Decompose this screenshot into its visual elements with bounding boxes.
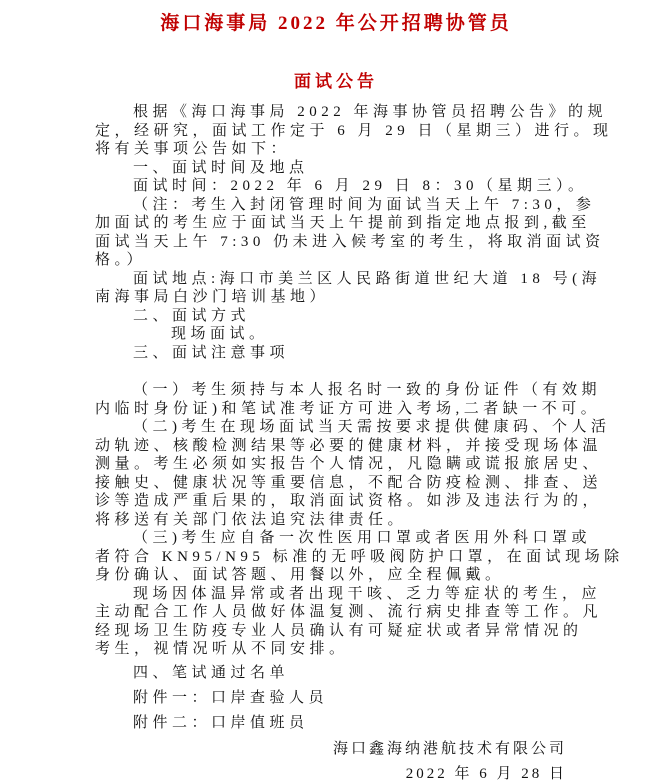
body-line: 四、笔试通过名单 — [95, 664, 632, 683]
body-line: 根据《海口海事局 2022 年海事协管员招聘公告》的规 — [95, 103, 632, 122]
body-line: 定，经研究，面试工作定于 6 月 29 日（星期三）进行。现 — [95, 122, 632, 141]
body-line: 二、面试方式 — [95, 307, 632, 326]
body-line: （二)考生在现场面试当天需按要求提供健康码、个人活 — [95, 418, 632, 437]
body-line: 附件二：口岸值班员 — [95, 714, 632, 733]
body-line: 三、面试注意事项 — [95, 344, 632, 363]
document-title: 海口海事局 2022 年公开招聘协管员 — [0, 12, 672, 36]
body-line: 一、面试时间及地点 — [95, 159, 632, 178]
document-body: 根据《海口海事局 2022 年海事协管员招聘公告》的规定，经研究，面试工作定于 … — [95, 103, 632, 732]
body-line: 内临时身份证)和笔试准考证方可进入考场,二者缺一不可。 — [95, 400, 632, 419]
document-subtitle: 面试公告 — [0, 72, 672, 92]
body-line: 现场因体温异常或者出现干咳、乏力等症状的考生，应 — [95, 585, 632, 604]
signature-organization: 海口鑫海纳港航技术有限公司 — [0, 737, 567, 762]
blank-line — [95, 362, 632, 381]
body-line: 测量。考生必须如实报告个人情况，凡隐瞒或谎报旅居史、 — [95, 455, 632, 474]
body-line: 接触史、健康状况等重要信息，不配合防疫检测、排查、送 — [95, 474, 632, 493]
body-line: 考生，视情况听从不同安排。 — [95, 640, 632, 659]
body-line: 面试地点:海口市美兰区人民路街道世纪大道 18 号(海 — [95, 270, 632, 289]
body-line: 动轨迹、核酸检测结果等必要的健康材料，并接受现场体温 — [95, 437, 632, 456]
body-line: 将移送有关部门依法追究法律责任。 — [95, 511, 632, 530]
body-line: 经现场卫生防疫专业人员确认有可疑症状或者异常情况的 — [95, 622, 632, 641]
body-line: 主动配合工作人员做好体温复测、流行病史排查等工作。凡 — [95, 603, 632, 622]
body-line: 面试时间：2022 年 6 月 29 日 8：30（星期三）。 — [95, 177, 632, 196]
body-line: 将有关事项公告如下： — [95, 140, 632, 159]
body-line: 南海事局白沙门培训基地） — [95, 288, 632, 307]
body-line: 现场面试。 — [95, 325, 632, 344]
body-line: 面试当天上午 7:30 仍未进入候考室的考生，将取消面试资 — [95, 233, 632, 252]
body-line: 身份确认、面试答题、用餐以外，应全程佩戴。 — [95, 566, 632, 585]
document-page: 海口海事局 2022 年公开招聘协管员 面试公告 根据《海口海事局 2022 年… — [0, 0, 672, 781]
body-line: （三)考生应自备一次性医用口罩或者医用外科口罩或 — [95, 529, 632, 548]
body-line: （一）考生须持与本人报名时一致的身份证件（有效期 — [95, 381, 632, 400]
body-line: （注：考生入封闭管理时间为面试当天上午 7:30，参 — [95, 196, 632, 215]
body-line: 诊等造成严重后果的，取消面试资格。如涉及违法行为的， — [95, 492, 632, 511]
body-line: 加面试的考生应于面试当天上午提前到指定地点报到,截至 — [95, 214, 632, 233]
signature-date: 2022 年 6 月 28 日 — [0, 762, 567, 781]
signature-block: 海口鑫海纳港航技术有限公司 2022 年 6 月 28 日 — [0, 737, 567, 781]
body-line: 格。） — [95, 251, 632, 270]
body-line: 附件一：口岸查验人员 — [95, 689, 632, 708]
body-line: 者符合 KN95/N95 标准的无呼吸阀防护口罩，在面试现场除 — [95, 548, 632, 567]
